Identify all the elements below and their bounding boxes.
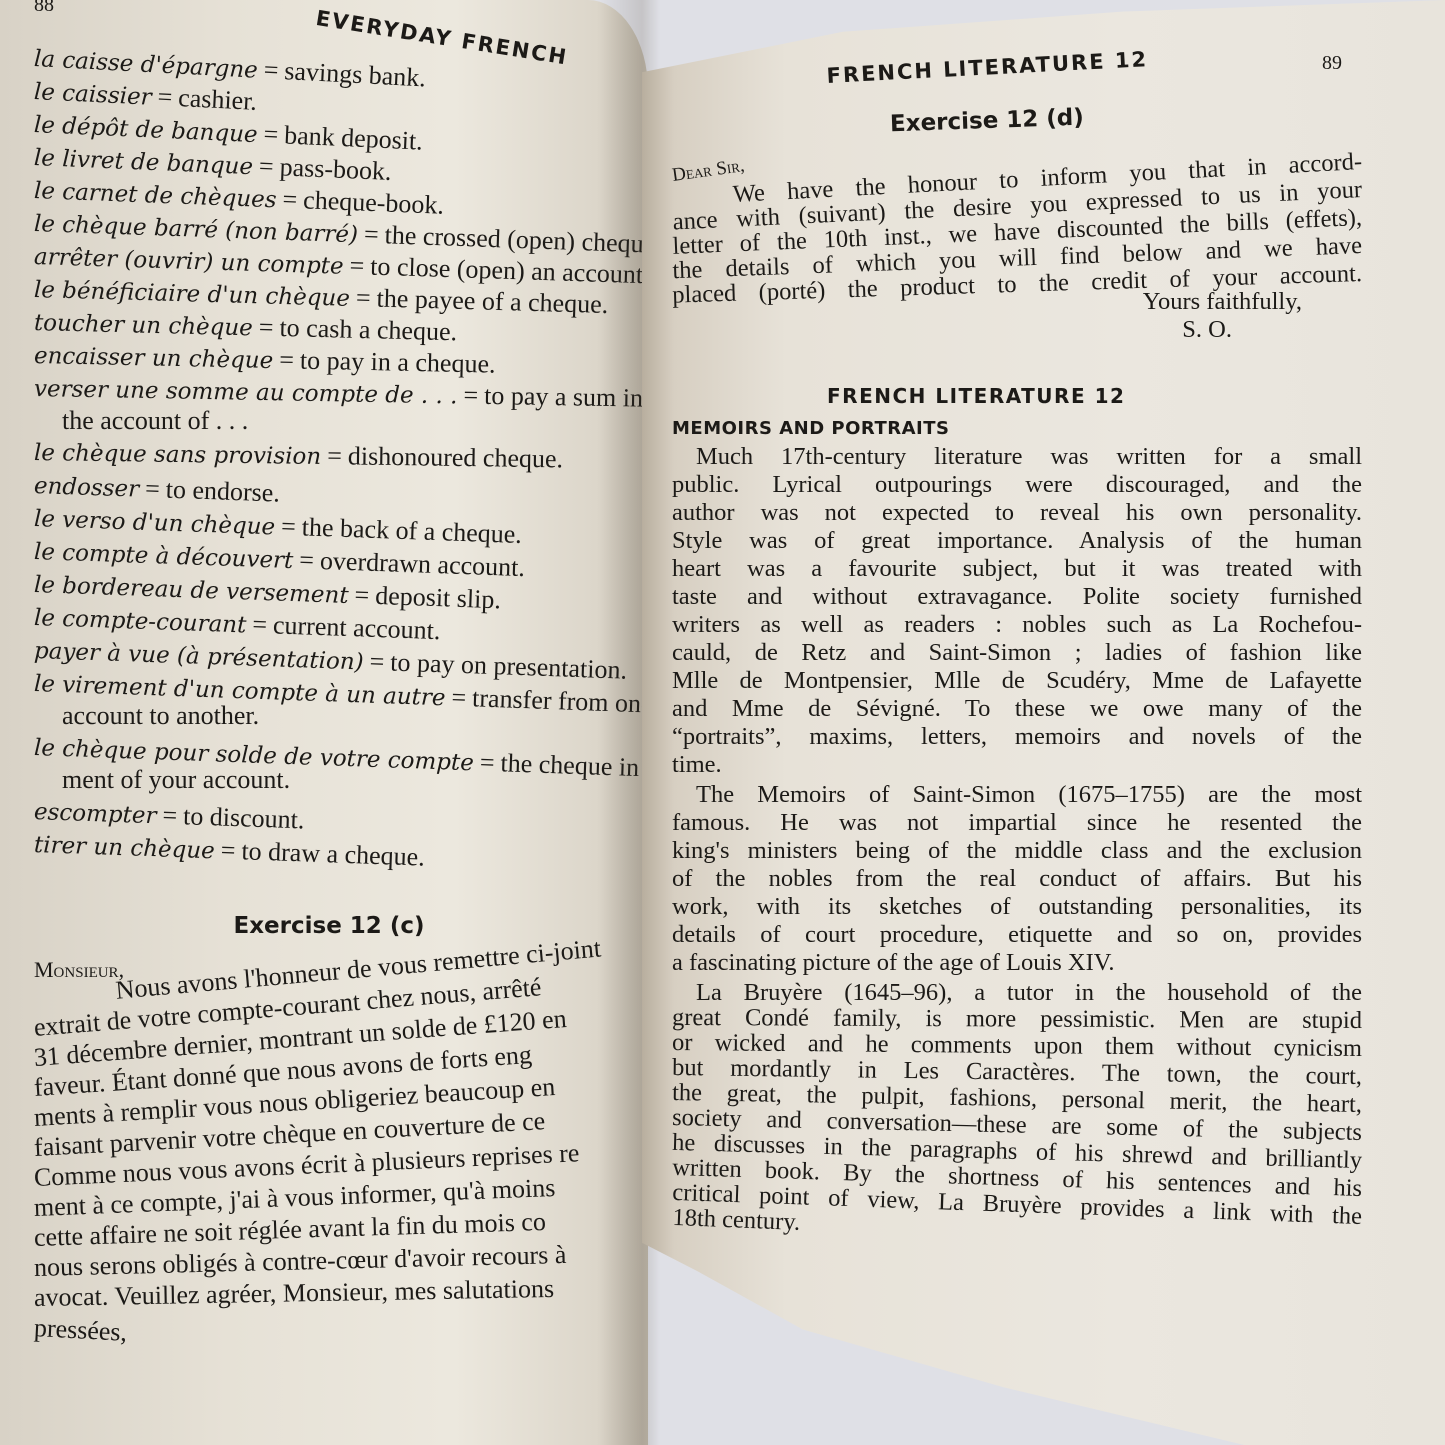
essay-line: taste and without extravagance. Polite s… — [672, 583, 1362, 611]
english-translation: bank deposit. — [284, 120, 424, 155]
english-translation: the payee of a cheque. — [376, 284, 608, 319]
english-translation: transfer from one — [472, 683, 648, 718]
equals-sign: = — [214, 835, 242, 865]
french-letter-body: Nous avons l'honneur de vous remettre ci… — [34, 983, 648, 1343]
french-term: le chèque sans provision — [34, 440, 322, 470]
equals-sign: = — [343, 251, 371, 281]
equals-sign: = — [293, 545, 321, 575]
equals-sign: = — [363, 647, 391, 677]
english-translation: to pay in a cheque. — [300, 346, 496, 379]
french-term: escompter — [34, 799, 157, 829]
essay-line: king's ministers being of the middle cla… — [672, 837, 1362, 865]
equals-sign: = — [257, 55, 285, 85]
french-term: le caissier — [33, 79, 152, 111]
equals-sign: = — [357, 219, 385, 249]
essay-line: La Bruyère (1645–96), a tutor in the hou… — [672, 979, 1362, 1007]
essay-paragraph: The Memoirs of Saint-Simon (1675–1755) a… — [672, 781, 1362, 977]
equals-sign: = — [445, 682, 473, 712]
equals-sign: = — [139, 474, 167, 504]
french-term: le compte-courant — [34, 605, 247, 638]
english-translation: dishonoured cheque. — [348, 441, 564, 473]
essay-body: Much 17th-century literature was written… — [672, 443, 1362, 1259]
essay-paragraph: Much 17th-century literature was written… — [672, 443, 1362, 779]
equals-sign: = — [350, 283, 377, 313]
right-page-text: Dear Sir, We have the honour to inform y… — [672, 148, 1362, 1261]
section-heading: FRENCH LITERATURE 12 — [672, 384, 1362, 408]
right-page-number: 89 — [1322, 52, 1342, 75]
english-translation: the cheque in pay- — [500, 748, 648, 784]
essay-line: famous. He was not impartial since he re… — [672, 809, 1362, 837]
english-translation: cheque-book. — [303, 185, 445, 219]
english-translation: to discount. — [183, 801, 305, 834]
essay-line: Much 17th-century literature was written… — [672, 443, 1362, 471]
french-term: endosser — [34, 473, 140, 503]
equals-sign: = — [473, 747, 501, 777]
essay-paragraph: La Bruyère (1645–96), a tutor in the hou… — [672, 979, 1362, 1259]
vocabulary-list: la caisse d'épargne=savings bank.le cais… — [34, 42, 648, 1343]
equals-sign: = — [156, 800, 184, 830]
equals-sign: = — [321, 441, 348, 470]
english-translation: to draw a cheque. — [241, 836, 425, 871]
essay-line: “portraits”, maxims, letters, memoirs an… — [672, 723, 1362, 751]
french-term: verser une somme au compte de . . . — [34, 376, 458, 409]
english-translation: to endorse. — [165, 475, 280, 508]
english-translation: the back of a cheque. — [301, 512, 522, 549]
left-page: 88 EVERYDAY FRENCH la caisse d'épargne=s… — [0, 0, 648, 1445]
letter-line: pressées, — [33, 1313, 648, 1376]
equals-sign: = — [257, 119, 285, 149]
french-term: toucher un chèque — [34, 310, 253, 341]
essay-line: work, with its sketches of outstanding p… — [672, 893, 1362, 921]
english-translation: pass-book. — [279, 152, 392, 186]
equals-sign: = — [246, 609, 274, 639]
essay-line: cauld, de Retz and Saint-Simon ; ladies … — [672, 639, 1362, 667]
essay-line: writers as well as readers : nobles such… — [672, 611, 1362, 639]
french-term: tirer un chèque — [34, 832, 216, 864]
essay-line: Mlle de Montpensier, Mlle de Scudéry, Mm… — [672, 667, 1362, 695]
essay-line: Style was of great importance. Analysis … — [672, 527, 1362, 555]
equals-sign: = — [253, 312, 280, 342]
english-translation: cashier. — [178, 83, 258, 116]
equals-sign: = — [273, 345, 300, 375]
english-translation: current account. — [273, 610, 441, 645]
english-translation: overdrawn account. — [319, 546, 525, 582]
essay-line: public. Lyrical outpourings were discour… — [672, 471, 1362, 499]
english-letter-body: We have the honour to inform you that in… — [672, 148, 1362, 288]
letter-signature: S. O. — [672, 316, 1362, 344]
english-translation: to pay a sum into — [484, 381, 648, 413]
english-translation: deposit slip. — [375, 581, 502, 614]
equals-sign: = — [457, 380, 484, 409]
vocab-entries: la caisse d'épargne=savings bank.le cais… — [34, 42, 648, 861]
essay-line: a fascinating picture of the age of Loui… — [672, 949, 1362, 977]
equals-sign: = — [151, 82, 179, 112]
left-page-number: 88 — [34, 0, 54, 17]
section-subheading: MEMOIRS AND PORTRAITS — [672, 418, 1362, 439]
equals-sign: = — [276, 184, 304, 214]
english-translation: to pay on presentation. — [390, 647, 628, 684]
french-term: encaisser un chèque — [34, 343, 274, 374]
essay-line: details of court procedure, etiquette an… — [672, 921, 1362, 949]
equals-sign: = — [252, 151, 280, 181]
essay-line: author was not expected to reveal his ow… — [672, 499, 1362, 527]
essay-line: and Mme de Sévigné. To these we owe many… — [672, 695, 1362, 723]
essay-line: The Memoirs of Saint-Simon (1675–1755) a… — [672, 781, 1362, 809]
english-translation: to cash a cheque. — [279, 313, 457, 346]
essay-line: heart was a favourite subject, but it wa… — [672, 555, 1362, 583]
english-translation: savings bank. — [284, 56, 427, 92]
essay-line: of the nobles from the real conduct of a… — [672, 865, 1362, 893]
exercise-12c-heading: Exercise 12 (c) — [0, 913, 648, 939]
equals-sign: = — [275, 511, 303, 541]
essay-line: time. — [672, 751, 1362, 779]
equals-sign: = — [348, 580, 376, 610]
